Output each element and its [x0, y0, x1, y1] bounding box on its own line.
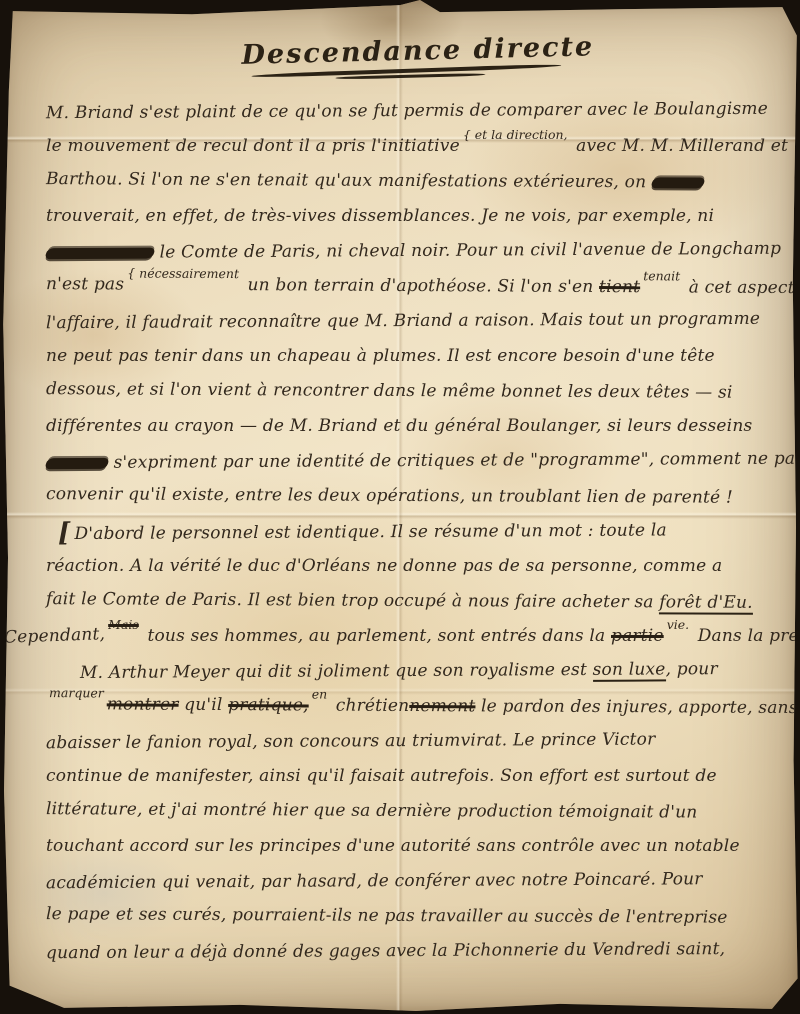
handwritten-text: M. Arthur Meyer qui dit si joliment que … [80, 660, 593, 683]
aged-paper-sheet: Descendance directe M. Briand s'est plai… [0, 0, 800, 1014]
manuscript-line: le pape et ses curés, pourraient-ils ne … [46, 897, 770, 936]
crossed-out-text: montrer [107, 694, 179, 714]
crossed-out-text: pratique, [228, 695, 309, 715]
crossed-out-scribble [44, 458, 110, 469]
manuscript-line: touchant accord sur les principes d'une … [46, 829, 770, 864]
manuscript-line: littérature, et j'ai montré hier que sa … [46, 792, 770, 831]
manuscript-line: réaction. A la vérité le duc d'Orléans n… [46, 549, 770, 584]
handwritten-text: ne peut pas tenir dans un chapeau à plum… [46, 346, 715, 366]
paragraph-bracket: [ [58, 518, 71, 548]
manuscript-line: Cependant,Mais tous ses hommes, au parle… [46, 619, 770, 654]
handwritten-text: , pour [665, 659, 717, 679]
handwritten-text: Barthou. Si l'on ne s'en tenait qu'aux m… [46, 169, 652, 192]
handwritten-text: chrétien [330, 696, 409, 716]
manuscript-line: M. Arthur Meyer qui dit si joliment que … [46, 652, 770, 691]
handwritten-text: trouverait, en effet, de très-vives diss… [46, 206, 714, 226]
manuscript-line: convenir qu'il existe, entre les deux op… [46, 477, 770, 516]
manuscript-body: M. Briand s'est plaint de ce qu'on se fu… [46, 94, 770, 969]
handwritten-text: tous ses hommes, au parlement, sont entr… [142, 626, 611, 646]
inserted-text: en [312, 676, 328, 711]
manuscript-line: trouverait, en effet, de très-vives diss… [46, 199, 770, 234]
handwritten-text: dessous, et si l'on vient à rencontrer d… [46, 379, 733, 403]
manuscript-line: différentes au crayon — de M. Briand et … [46, 409, 770, 444]
handwritten-text: le pardon des injures, apporte, sans [475, 696, 797, 718]
handwritten-text: touchant accord sur les principes d'une … [46, 836, 740, 856]
handwritten-text: avec M. M. Millerand et [571, 136, 789, 156]
handwritten-text: M. Briand s'est plaint de ce qu'on se fu… [46, 99, 768, 123]
margin-note: Cependant, [3, 617, 105, 656]
inserted-text: marquer [49, 675, 104, 710]
crossed-out-text: Mais [108, 607, 139, 642]
crossed-out-scribble [650, 177, 706, 188]
handwritten-text: Dans la presse, [692, 626, 800, 646]
handwritten-text: n'est pas [46, 274, 124, 294]
manuscript-line: fait le Comte de Paris. Il est bien trop… [46, 582, 770, 621]
handwritten-text: à cet aspect de [683, 277, 800, 298]
manuscript-line: n'est pas{ nécessairement un bon terrain… [46, 267, 770, 306]
handwritten-text: qu'il [179, 695, 229, 715]
manuscript-line: s'expriment par une identité de critique… [46, 442, 770, 481]
manuscript-line: ne peut pas tenir dans un chapeau à plum… [46, 339, 770, 374]
handwritten-text: le pape et ses curés, pourraient-ils ne … [46, 904, 728, 928]
handwritten-text: le mouvement de recul dont il a pris l'i… [46, 136, 460, 156]
manuscript-line: Barthou. Si l'on ne s'en tenait qu'aux m… [46, 162, 770, 201]
handwritten-text: quand on leur a déjà donné des gages ave… [46, 939, 725, 963]
handwritten-text: réaction. A la vérité le duc d'Orléans n… [46, 556, 722, 576]
manuscript-line: abaisser le fanion royal, son concours a… [46, 722, 770, 761]
crossed-out-text: nement [409, 696, 475, 716]
handwritten-text: s'expriment par une identité de critique… [108, 449, 800, 473]
inserted-text: tenait [643, 258, 680, 293]
inserted-text: { et la direction, [463, 117, 568, 152]
handwritten-text: le Comte de Paris, ni cheval noir. Pour … [154, 239, 781, 263]
handwritten-text: académicien qui venait, par hasard, de c… [46, 869, 703, 893]
manuscript-line: [D'abord le personnel est identique. Il … [46, 512, 770, 551]
underlined-text: son luxe [593, 659, 666, 681]
handwritten-text: différentes au crayon — de M. Briand et … [46, 416, 752, 436]
crossed-out-text: partie [611, 626, 664, 646]
handwritten-text: D'abord le personnel est identique. Il s… [74, 520, 666, 544]
manuscript-line: M. Briand s'est plaint de ce qu'on se fu… [46, 92, 770, 131]
manuscript-title-block: Descendance directe [0, 26, 800, 88]
handwritten-text: littérature, et j'ai montré hier que sa … [46, 799, 698, 822]
inserted-text: vie. [667, 607, 689, 642]
manuscript-line: marquermontrer qu'il pratique,en chrétie… [46, 687, 770, 726]
handwritten-text: convenir qu'il existe, entre les deux op… [46, 484, 733, 508]
handwritten-text: l'affaire, il faudrait reconnaître que M… [46, 309, 760, 333]
crossed-out-text: tient [599, 277, 640, 297]
manuscript-line: continue de manifester, ainsi qu'il fais… [46, 759, 770, 794]
manuscript-line: l'affaire, il faudrait reconnaître que M… [46, 302, 770, 341]
manuscript-line: le mouvement de recul dont il a pris l'i… [46, 129, 770, 164]
handwritten-text: abaisser le fanion royal, son concours a… [46, 729, 656, 753]
manuscript-line: dessous, et si l'on vient à rencontrer d… [46, 372, 770, 411]
handwritten-text: un bon terrain d'apothéose. Si l'on s'en [242, 275, 599, 297]
manuscript-line: académicien qui venait, par hasard, de c… [46, 862, 770, 901]
manuscript-line: quand on leur a déjà donné des gages ave… [46, 932, 770, 971]
inserted-text: { nécessairement [127, 256, 239, 292]
handwritten-text: continue de manifester, ainsi qu'il fais… [46, 766, 717, 786]
